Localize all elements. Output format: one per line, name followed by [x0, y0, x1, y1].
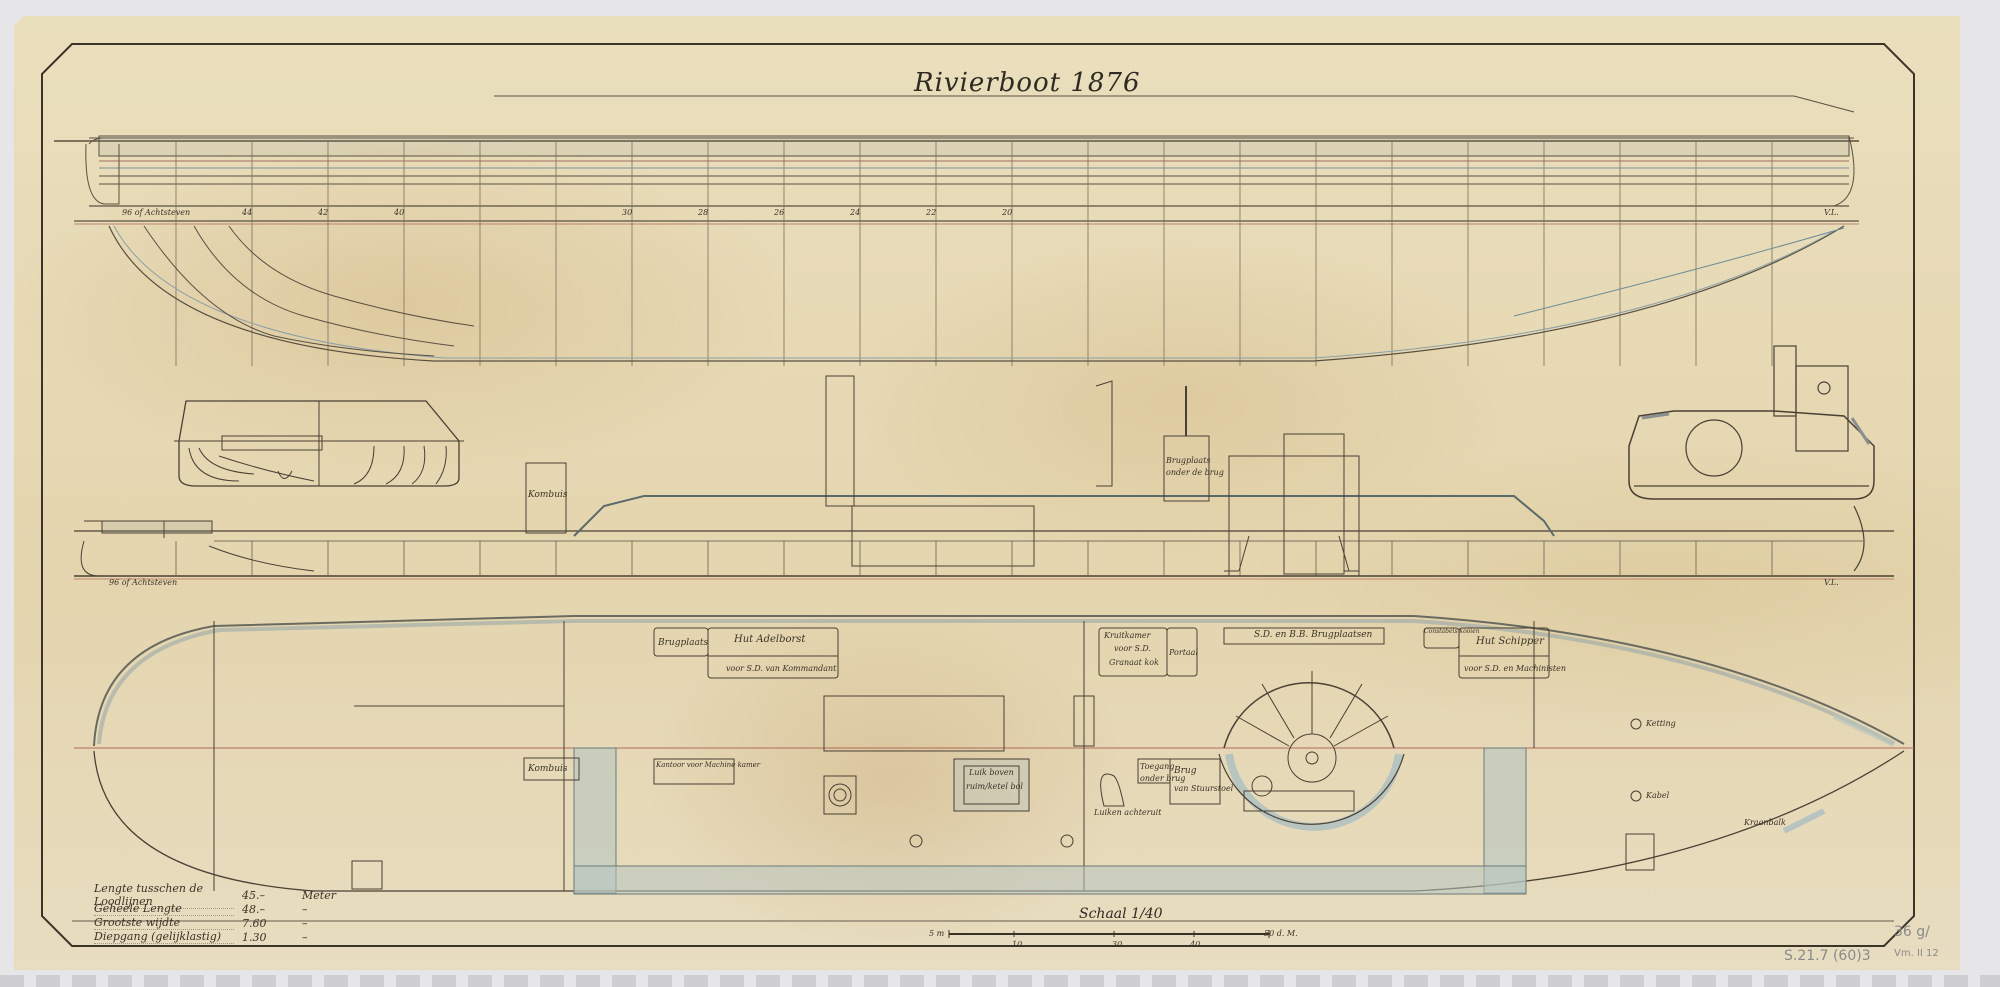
lines-plan-profile [54, 96, 1859, 366]
archive-sheet-number: 36 g/ [1894, 924, 1930, 940]
scale-tick: 5 m [929, 929, 944, 938]
room-label-kruitkamer-sub: voor S.D. [1114, 644, 1151, 653]
room-label-sd-brugplaatsen: S.D. en B.B. Brugplaatsen [1254, 630, 1372, 640]
frame-label: 22 [926, 208, 936, 217]
frame-label: 40 [394, 208, 404, 217]
paddle-wheel [1219, 671, 1404, 827]
scale-tick: 50 d. M. [1264, 929, 1298, 938]
fixture-label-kabel: Kabel [1646, 791, 1669, 800]
room-label-hut-schipper-sub: voor S.D. en Machinisten [1464, 664, 1566, 673]
room-label-portaal: Portaal [1169, 648, 1198, 657]
frame-label: 24 [850, 208, 860, 217]
archive-catalog-number: S.21.7 (60)3 [1784, 948, 1871, 964]
scale-title: Schaal 1/40 [1079, 906, 1163, 922]
room-label-toegang: Toegang [1140, 762, 1174, 771]
dimension-row: Lengte tusschen de Loodlijnen45.–Meter [94, 888, 336, 902]
dimension-row: Geheele Lengte48.–– [94, 902, 336, 916]
frame-label: 44 [242, 208, 252, 217]
room-label-kruitkamer: Kruitkamer [1104, 631, 1151, 640]
dimension-row: Diepgang (gelijklastig)1.30– [94, 930, 336, 944]
engine-cross-section-right [1629, 346, 1874, 499]
room-label-kantoor: Kantoor voor Machine kamer [656, 761, 760, 769]
scale-tick: 30 [1112, 940, 1122, 949]
principal-dimensions: Lengte tusschen de Loodlijnen45.–Meter G… [94, 888, 336, 944]
fixture-label-kraanbalk: Kraanbalk [1744, 818, 1786, 827]
archive-extra: Vm. II 12 [1894, 948, 1939, 959]
room-label-kruitkamer-sub: Granaat kok [1109, 658, 1159, 667]
blueprint-drawing [14, 16, 1960, 970]
room-label-hut-adelborst: Hut Adelborst [734, 634, 805, 645]
deck-plan [74, 616, 1914, 894]
dimension-row: Grootste wijdte7.60– [94, 916, 336, 930]
room-label-brug-sub: van Stuurstoel [1174, 784, 1233, 793]
frame-label: 42 [318, 208, 328, 217]
frame-label: 28 [698, 208, 708, 217]
room-label-luik-sub: ruim/ketel bol [966, 782, 1023, 791]
fixture-label-ketting: Ketting [1646, 719, 1676, 728]
scale-tick: 10 [1012, 940, 1022, 949]
frame-label: 96 of Achtsteven [109, 578, 177, 587]
room-label-constabel: Constabels kooien [1424, 628, 1480, 635]
frame-label: V.L. [1824, 578, 1839, 587]
scale-tick: 40 [1190, 940, 1200, 949]
blueprint-sheet: Rivierboot 1876 96 of Achtsteven 44 42 4… [14, 16, 1960, 970]
scan-border-strip [0, 975, 2000, 987]
frame-label: 26 [774, 208, 784, 217]
midship-section-left [174, 401, 464, 486]
room-label-brugplaats: Brugplaats [1166, 456, 1211, 465]
room-label-luiken: Luiken achteruit [1094, 808, 1161, 817]
room-label-kombuis-plan: Kombuis [528, 764, 568, 774]
room-label-kombuis: Kombuis [528, 490, 568, 500]
scale-bar [949, 930, 1269, 938]
frame-label: V.L. [1824, 208, 1839, 217]
room-label-hut-schipper: Hut Schipper [1476, 636, 1544, 647]
frame-label: 30 [622, 208, 632, 217]
frame-label: 20 [1002, 208, 1012, 217]
room-label-brugplaats: Brugplaats [658, 638, 708, 648]
room-label-brugplaats-sub: onder de brug [1166, 468, 1224, 477]
drawing-title: Rivierboot 1876 [914, 68, 1141, 98]
elevation-section [74, 376, 1894, 579]
frame-label: 96 of Achtsteven [122, 208, 190, 217]
room-label-luik: Luik boven [969, 768, 1014, 777]
room-label-hut-adelborst-sub: voor S.D. van Kommandant [726, 664, 836, 673]
room-label-brug: Brug [1174, 766, 1196, 776]
